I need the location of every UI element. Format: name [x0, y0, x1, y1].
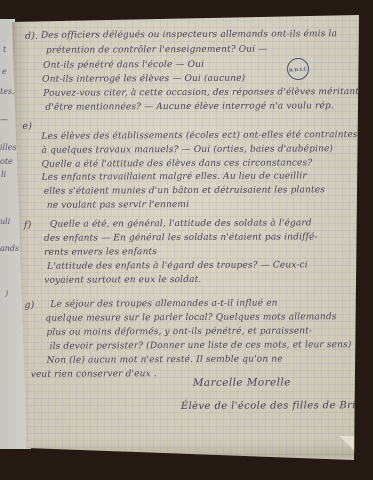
prev-page-text-fragment: )	[5, 290, 8, 298]
prev-page-text-fragment: e	[2, 68, 7, 76]
manuscript-line: quelque mesure sur le parler local? Quel…	[45, 312, 336, 325]
prev-page-text-fragment: —	[0, 116, 8, 124]
manuscript-line: à quelques travaux manuels? — Oui (ortie…	[42, 144, 334, 157]
manuscript-line: Ont-ils interrogé les élèves — Oui (aucu…	[42, 74, 245, 86]
section-f-marker: f)	[24, 220, 32, 231]
manuscript-line: prétention de contrôler l'enseignement? …	[46, 45, 267, 57]
prev-page-text-fragment: li	[1, 171, 6, 179]
manuscript-line: Des officiers délégués ou inspecteurs al…	[41, 29, 337, 42]
manuscript-line: elles s'étaient munies d'un bâton et dét…	[44, 185, 325, 197]
scanned-manuscript-photo: t e tes. — illes ote li uli ands ) B.D.I…	[0, 0, 373, 480]
manuscript-line: d'être mentionnées? — Aucune élève inter…	[45, 101, 334, 114]
manuscript-line: ils devoir persister? (Donner une liste …	[50, 340, 352, 353]
prev-page-text-fragment: ands	[0, 245, 19, 253]
manuscript-line: plus ou moins déformés, y ont-ils pénétr…	[46, 326, 312, 338]
manuscript-line: rents envers les enfants	[44, 247, 157, 259]
prev-page-text-fragment: ote	[0, 158, 13, 166]
signature-name: Marcelle Morelle	[193, 377, 291, 389]
manuscript-line: Les enfants travaillaient malgré elles. …	[42, 171, 307, 183]
manuscript-line: Quelle a été l'attitude des élèves dans …	[42, 158, 313, 170]
section-g-marker: g)	[24, 300, 34, 311]
manuscript-line: Non (le) aucun mot n'est resté. Il sembl…	[47, 354, 283, 366]
section-e-marker: e)	[22, 121, 32, 132]
manuscript-line: L'attitude des enfants à l'égard des tro…	[47, 260, 308, 272]
manuscript-line: des enfants — En général les soldats n'é…	[44, 232, 318, 244]
manuscript-line: ne voulant pas servir l'ennemi	[47, 200, 189, 212]
manuscript-line: Les élèves des établissements (écoles ec…	[41, 130, 357, 143]
manuscript-line: Pouvez-vous citer, à cette occasion, des…	[43, 87, 359, 100]
document-page: B.D.I.C d). Des officiers délégués ou in…	[0, 0, 373, 480]
signature-role: Élève de l'école des filles de Brillon	[181, 400, 373, 412]
manuscript-line: voyaient surtout en eux le soldat.	[44, 275, 201, 287]
manuscript-line: Ont-ils pénétré dans l'école — Oui	[43, 60, 204, 72]
handwriting-layer: d). Des officiers délégués ou inspecteur…	[0, 0, 373, 480]
manuscript-line: Le séjour des troupes allemandes a-t-il …	[50, 299, 277, 311]
prev-page-text-fragment: illes	[0, 144, 17, 152]
section-d-marker: d).	[25, 31, 38, 42]
prev-page-text-fragment: t	[3, 46, 6, 54]
manuscript-line: Quelle a été, en général, l'attitude des…	[50, 218, 312, 230]
manuscript-line: veut rien conserver d'eux .	[31, 369, 157, 381]
prev-page-text-fragment: uli	[0, 218, 10, 226]
prev-page-text-fragment: tes.	[0, 88, 15, 96]
